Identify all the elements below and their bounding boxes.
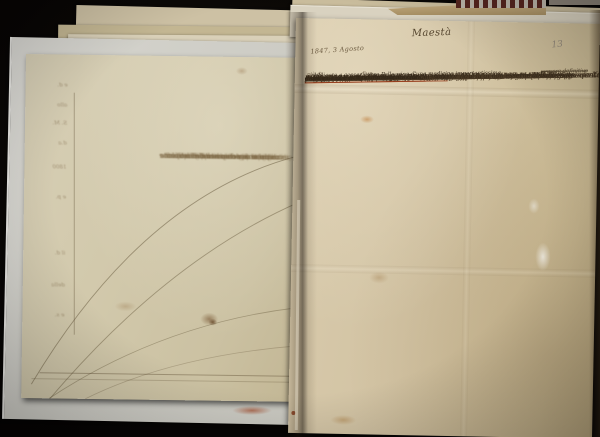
photo-vignette: [0, 0, 600, 437]
manuscript-photo: si trova d'onde delle reiteratemunificen…: [0, 0, 600, 437]
